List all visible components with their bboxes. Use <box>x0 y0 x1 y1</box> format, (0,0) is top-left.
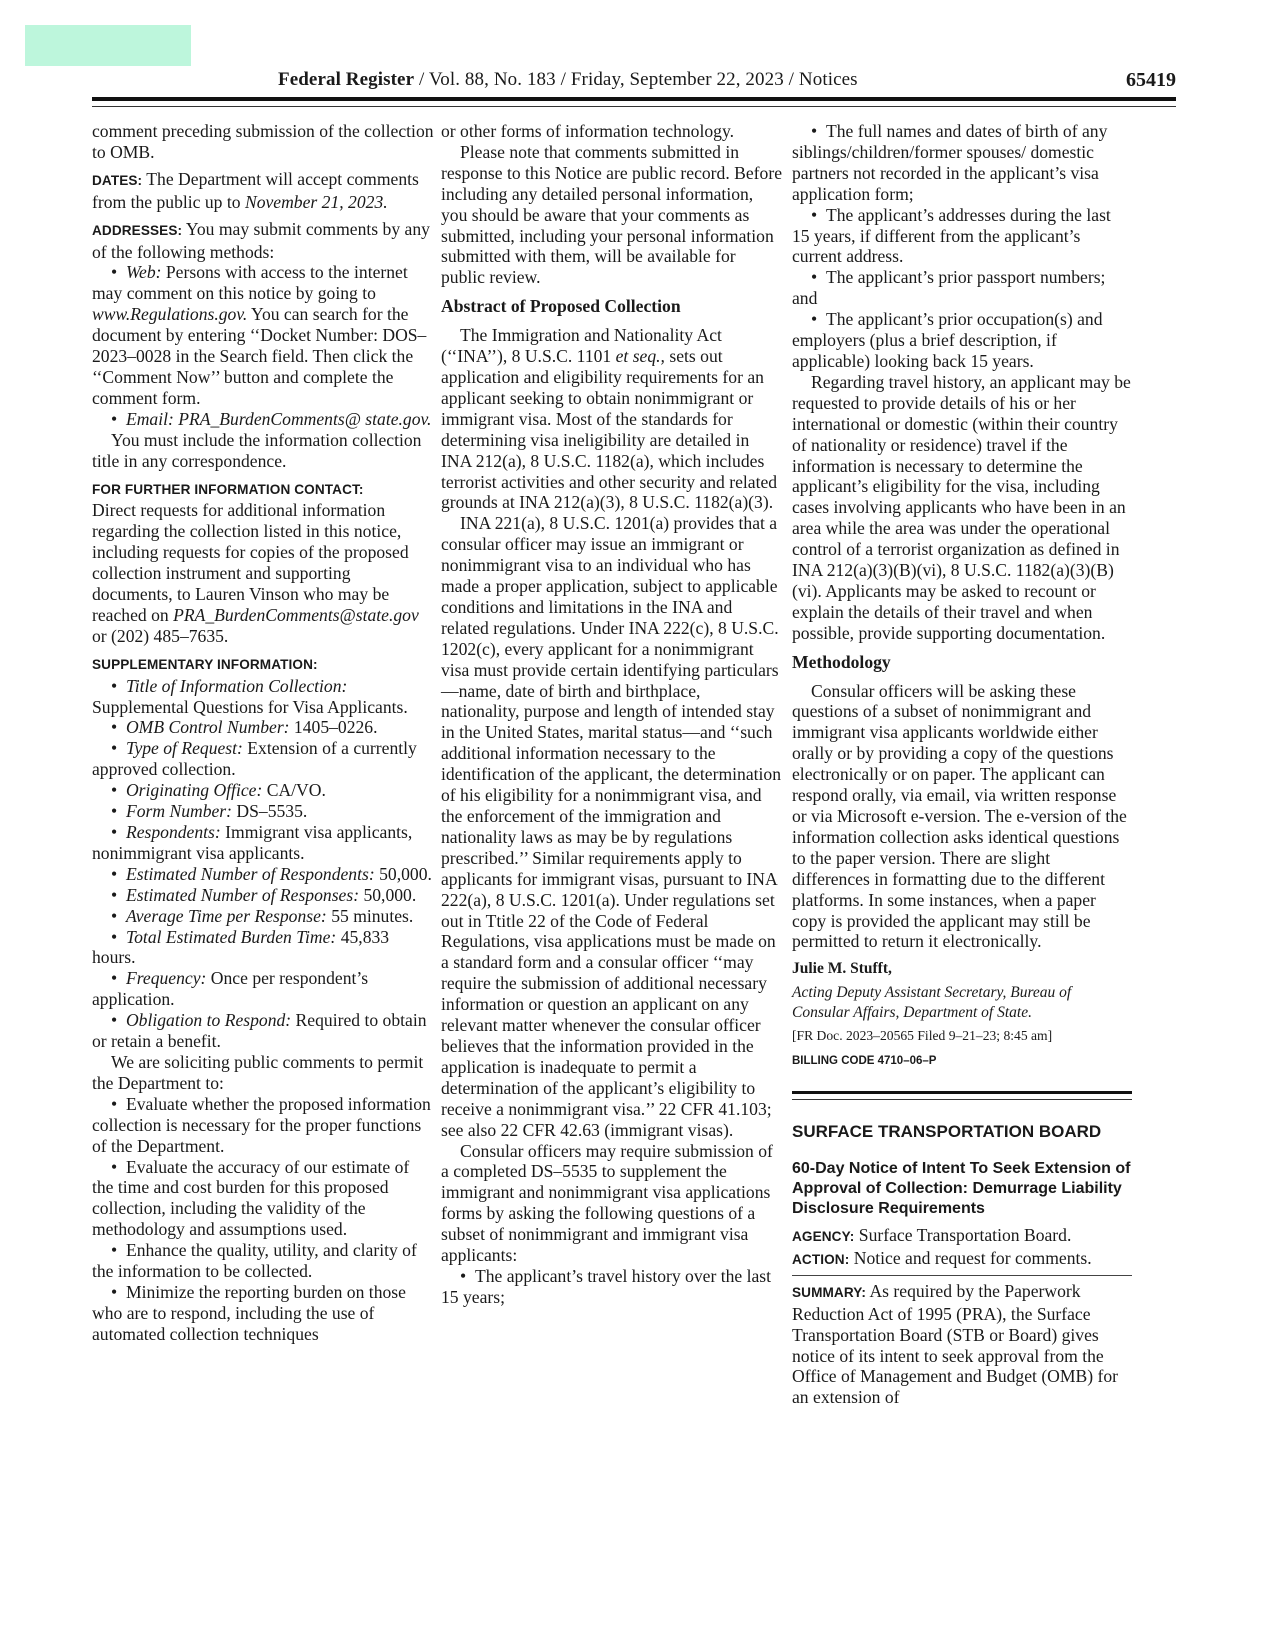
question-item: The applicant’s addresses during the las… <box>792 205 1132 268</box>
section-rule-thick <box>792 1091 1132 1094</box>
column-3: The full names and dates of birth of any… <box>792 121 1132 1408</box>
supp-item-title: Title of Information Collection: Supplem… <box>92 676 434 718</box>
publication-name: Federal Register <box>278 69 414 90</box>
web-method: Web: Persons with access to the internet… <box>92 262 434 408</box>
supp-item-value: 55 minutes. <box>327 906 414 926</box>
supp-item-value: 50,000. <box>359 885 416 905</box>
supp-item-form: Form Number: DS–5535. <box>92 801 434 822</box>
dates-deadline: November 21, 2023. <box>245 192 388 212</box>
soliciting-text: We are soliciting public comments to per… <box>92 1052 434 1094</box>
supp-item-obligation: Obligation to Respond: Required to obtai… <box>92 1010 434 1052</box>
supp-item-label: Form Number: <box>126 801 232 821</box>
solicit-item: Minimize the reporting burden on those w… <box>92 1282 434 1345</box>
signer-name: Julie M. Stufft, <box>792 959 1132 980</box>
supp-item-label: OMB Control Number: <box>126 717 290 737</box>
include-title-note: You must include the information collect… <box>92 430 434 472</box>
agency-text: Surface Transportation Board. <box>854 1225 1071 1245</box>
web-label: Web: <box>126 262 162 282</box>
header-rule-thin <box>92 106 1176 107</box>
contact-phone: or (202) 485–7635. <box>92 626 228 646</box>
supp-item-burden: Total Estimated Burden Time: 45,833 hour… <box>92 927 434 969</box>
supp-item-request-type: Type of Request: Extension of a currentl… <box>92 738 434 780</box>
supp-item-label: Title of Information Collection: <box>126 676 347 696</box>
abstract-paragraph-3: Consular officers may require submission… <box>441 1141 782 1266</box>
section-rule-thin <box>792 1099 1132 1100</box>
supp-item-value: DS–5535. <box>232 801 307 821</box>
supp-item-label: Type of Request: <box>126 738 243 758</box>
supp-item-label: Estimated Number of Respondents: <box>126 864 375 884</box>
supp-item-value: Supplemental Questions for Visa Applican… <box>92 697 408 717</box>
column-2: or other forms of information technology… <box>441 121 782 1308</box>
contact-label: FOR FURTHER INFORMATION CONTACT: <box>92 482 364 497</box>
abstract-text: sets out application and eligibility req… <box>441 346 777 512</box>
supp-item-avg-time: Average Time per Response: 55 minutes. <box>92 906 434 927</box>
methodology-heading: Methodology <box>792 652 1132 673</box>
supp-item-value: 1405–0226. <box>290 717 378 737</box>
agency-line: AGENCY: Surface Transportation Board. <box>792 1225 1132 1248</box>
summary-divider <box>792 1275 1132 1276</box>
running-header: Federal Register / Vol. 88, No. 183 / Fr… <box>92 66 1176 96</box>
question-item: The applicant’s prior passport numbers; … <box>792 267 1132 309</box>
supplementary-list: Title of Information Collection: Supplem… <box>92 676 434 1052</box>
supp-item-label: Frequency: <box>126 968 206 988</box>
continuation-text: or other forms of information technology… <box>441 121 782 142</box>
contact-label-line: FOR FURTHER INFORMATION CONTACT: <box>92 478 434 501</box>
public-record-note: Please note that comments submitted in r… <box>441 142 782 288</box>
question-item: The applicant’s prior occupation(s) and … <box>792 309 1132 372</box>
supp-item-label: Respondents: <box>126 822 221 842</box>
issue-volume: Vol. 88, No. 183 <box>429 69 556 90</box>
regulations-gov-link[interactable]: www.Regulations.gov. <box>92 304 247 324</box>
column-1: comment preceding submission of the coll… <box>92 121 434 1345</box>
dates-section: DATES: The Department will accept commen… <box>92 169 434 213</box>
et-seq: et seq., <box>616 346 665 366</box>
intro-text: comment preceding submission of the coll… <box>92 121 434 163</box>
supp-item-frequency: Frequency: Once per respondent’s applica… <box>92 968 434 1010</box>
addresses-label: ADDRESSES: <box>92 223 182 238</box>
issue-date: Friday, September 22, 2023 <box>571 69 784 90</box>
question-item: The applicant’s travel history over the … <box>441 1266 782 1308</box>
supp-label-line: SUPPLEMENTARY INFORMATION: <box>92 653 434 676</box>
solicit-list: Evaluate whether the proposed informatio… <box>92 1094 434 1345</box>
supp-item-label: Obligation to Respond: <box>126 1010 291 1030</box>
abstract-paragraph-2: INA 221(a), 8 U.S.C. 1201(a) provides th… <box>441 513 782 1140</box>
action-label: ACTION: <box>792 1252 849 1267</box>
billing-code: BILLING CODE 4710–06–P <box>792 1051 1132 1072</box>
document-title: 60-Day Notice of Intent To Seek Extensio… <box>792 1159 1132 1219</box>
supp-item-respondents: Respondents: Immigrant visa applicants, … <box>92 822 434 864</box>
summary-line: SUMMARY: As required by the Paperwork Re… <box>792 1281 1132 1408</box>
solicit-item: Evaluate the accuracy of our estimate of… <box>92 1157 434 1241</box>
supp-item-num-respondents: Estimated Number of Respondents: 50,000. <box>92 864 434 885</box>
highlight-marker <box>25 25 191 66</box>
supp-item-label: Originating Office: <box>126 780 262 800</box>
supp-item-office: Originating Office: CA/VO. <box>92 780 434 801</box>
question-item: The full names and dates of birth of any… <box>792 121 1132 205</box>
supplementary-label: SUPPLEMENTARY INFORMATION: <box>92 657 318 672</box>
contact-email-link[interactable]: PRA_BurdenComments@state.gov <box>173 605 419 625</box>
action-text: Notice and request for comments. <box>849 1248 1091 1268</box>
supp-item-value: CA/VO. <box>262 780 326 800</box>
supp-item-omb: OMB Control Number: 1405–0226. <box>92 717 434 738</box>
supp-item-label: Average Time per Response: <box>126 906 327 926</box>
signer-title: Acting Deputy Assistant Secretary, Burea… <box>792 983 1132 1022</box>
supp-item-label: Total Estimated Burden Time: <box>126 927 336 947</box>
email-method: Email: PRA_BurdenComments@ state.gov. <box>92 409 434 430</box>
abstract-paragraph-1: The Immigration and Nationality Act (‘‘I… <box>441 325 782 513</box>
email-link[interactable]: Email: PRA_BurdenComments@ state.gov. <box>126 409 431 429</box>
contact-section: Direct requests for additional informati… <box>92 500 434 646</box>
header-rule-thick <box>92 97 1176 101</box>
summary-label: SUMMARY: <box>792 1285 866 1300</box>
solicit-item: Evaluate whether the proposed informatio… <box>92 1094 434 1157</box>
supp-item-value: 50,000. <box>375 864 432 884</box>
supp-item-num-responses: Estimated Number of Responses: 50,000. <box>92 885 434 906</box>
page-number: 65419 <box>1126 69 1176 92</box>
section-name: Notices <box>799 69 858 90</box>
action-line: ACTION: Notice and request for comments. <box>792 1248 1132 1271</box>
agency-label: AGENCY: <box>792 1229 854 1244</box>
abstract-heading: Abstract of Proposed Collection <box>441 296 782 317</box>
dates-label: DATES: <box>92 173 142 188</box>
fr-doc-line: [FR Doc. 2023–20565 Filed 9–21–23; 8:45 … <box>792 1026 1132 1047</box>
solicit-item: Enhance the quality, utility, and clarit… <box>92 1240 434 1282</box>
agency-heading: SURFACE TRANSPORTATION BOARD <box>792 1122 1132 1143</box>
addresses-section: ADDRESSES: You may submit comments by an… <box>92 219 434 263</box>
travel-history-paragraph: Regarding travel history, an applicant m… <box>792 372 1132 644</box>
supp-item-label: Estimated Number of Responses: <box>126 885 359 905</box>
methodology-paragraph: Consular officers will be asking these q… <box>792 681 1132 953</box>
header-title: Federal Register / Vol. 88, No. 183 / Fr… <box>278 69 858 91</box>
